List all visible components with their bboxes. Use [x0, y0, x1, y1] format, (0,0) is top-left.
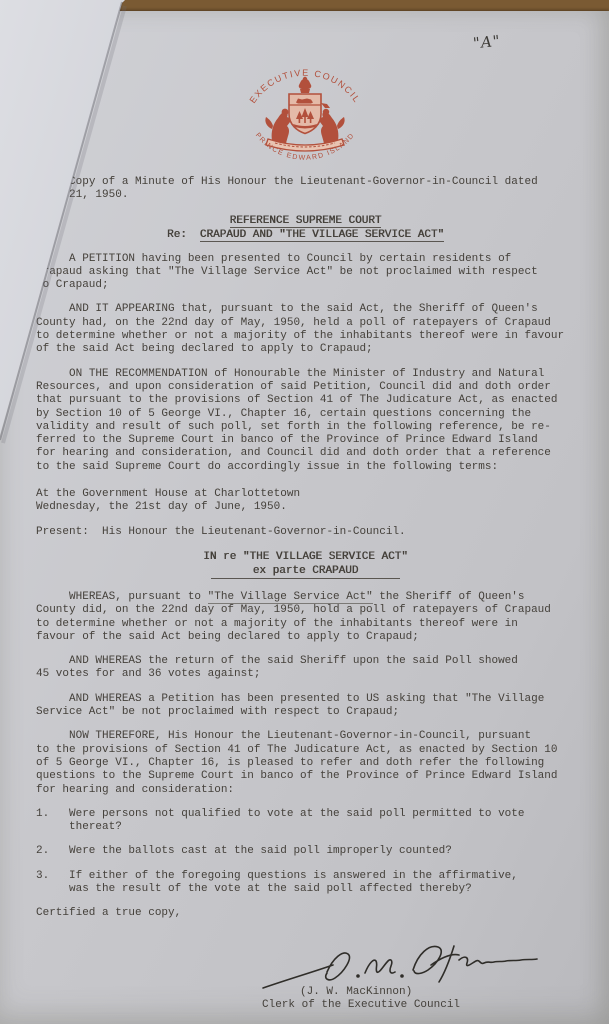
- whereas-paragraph: WHEREAS, pursuant to "The Village Servic…: [36, 591, 575, 644]
- petition-us-paragraph: AND WHEREAS a Petition has been presente…: [36, 693, 575, 720]
- certified-line: Certified a true copy,: [36, 907, 575, 920]
- heading-line1: REFERENCE SUPREME COURT: [230, 215, 382, 228]
- scanned-document-photo: "A" EXECUTIVE COUNCIL: [0, 0, 609, 1024]
- signature-handwriting: [261, 932, 575, 986]
- subheading-line1: IN re "THE VILLAGE SERVICE ACT": [203, 551, 408, 563]
- whereas-act-title: "The Village Service Act": [208, 591, 373, 604]
- venue-date-block: At the Government House at Charlottetown…: [36, 488, 575, 515]
- subheading-line2: ex parte CRAPAUD: [211, 565, 401, 579]
- shield-icon: [289, 94, 321, 134]
- underlying-sheet-corner: [0, 0, 140, 450]
- sheriff-return-paragraph: AND WHEREAS the return of the said Sheri…: [36, 655, 575, 682]
- heading-line2: CRAPAUD AND "THE VILLAGE SERVICE ACT": [200, 229, 444, 242]
- signatory-title: Clerk of the Executive Council: [262, 999, 575, 1012]
- question-3: 3. If either of the foregoing questions …: [36, 870, 575, 897]
- whereas-prefix: WHEREAS, pursuant to: [36, 591, 208, 603]
- question-1: 1. Were persons not qualified to vote at…: [36, 808, 575, 835]
- executive-council-seal: EXECUTIVE COUNCIL: [230, 67, 380, 166]
- crest-lion-icon: [298, 77, 311, 93]
- question-2: 2. Were the ballots cast at the said pol…: [36, 845, 575, 858]
- now-therefore-paragraph: NOW THEREFORE, His Honour the Lieutenant…: [36, 730, 575, 796]
- handwritten-page-label: "A": [472, 32, 501, 53]
- case-subheading: IN re "THE VILLAGE SERVICE ACT" ex parte…: [36, 550, 575, 579]
- document-page: "A" EXECUTIVE COUNCIL: [0, 11, 609, 1024]
- heading-re-prefix: Re:: [167, 229, 187, 241]
- present-line: Present: His Honour the Lieutenant-Gover…: [36, 526, 575, 539]
